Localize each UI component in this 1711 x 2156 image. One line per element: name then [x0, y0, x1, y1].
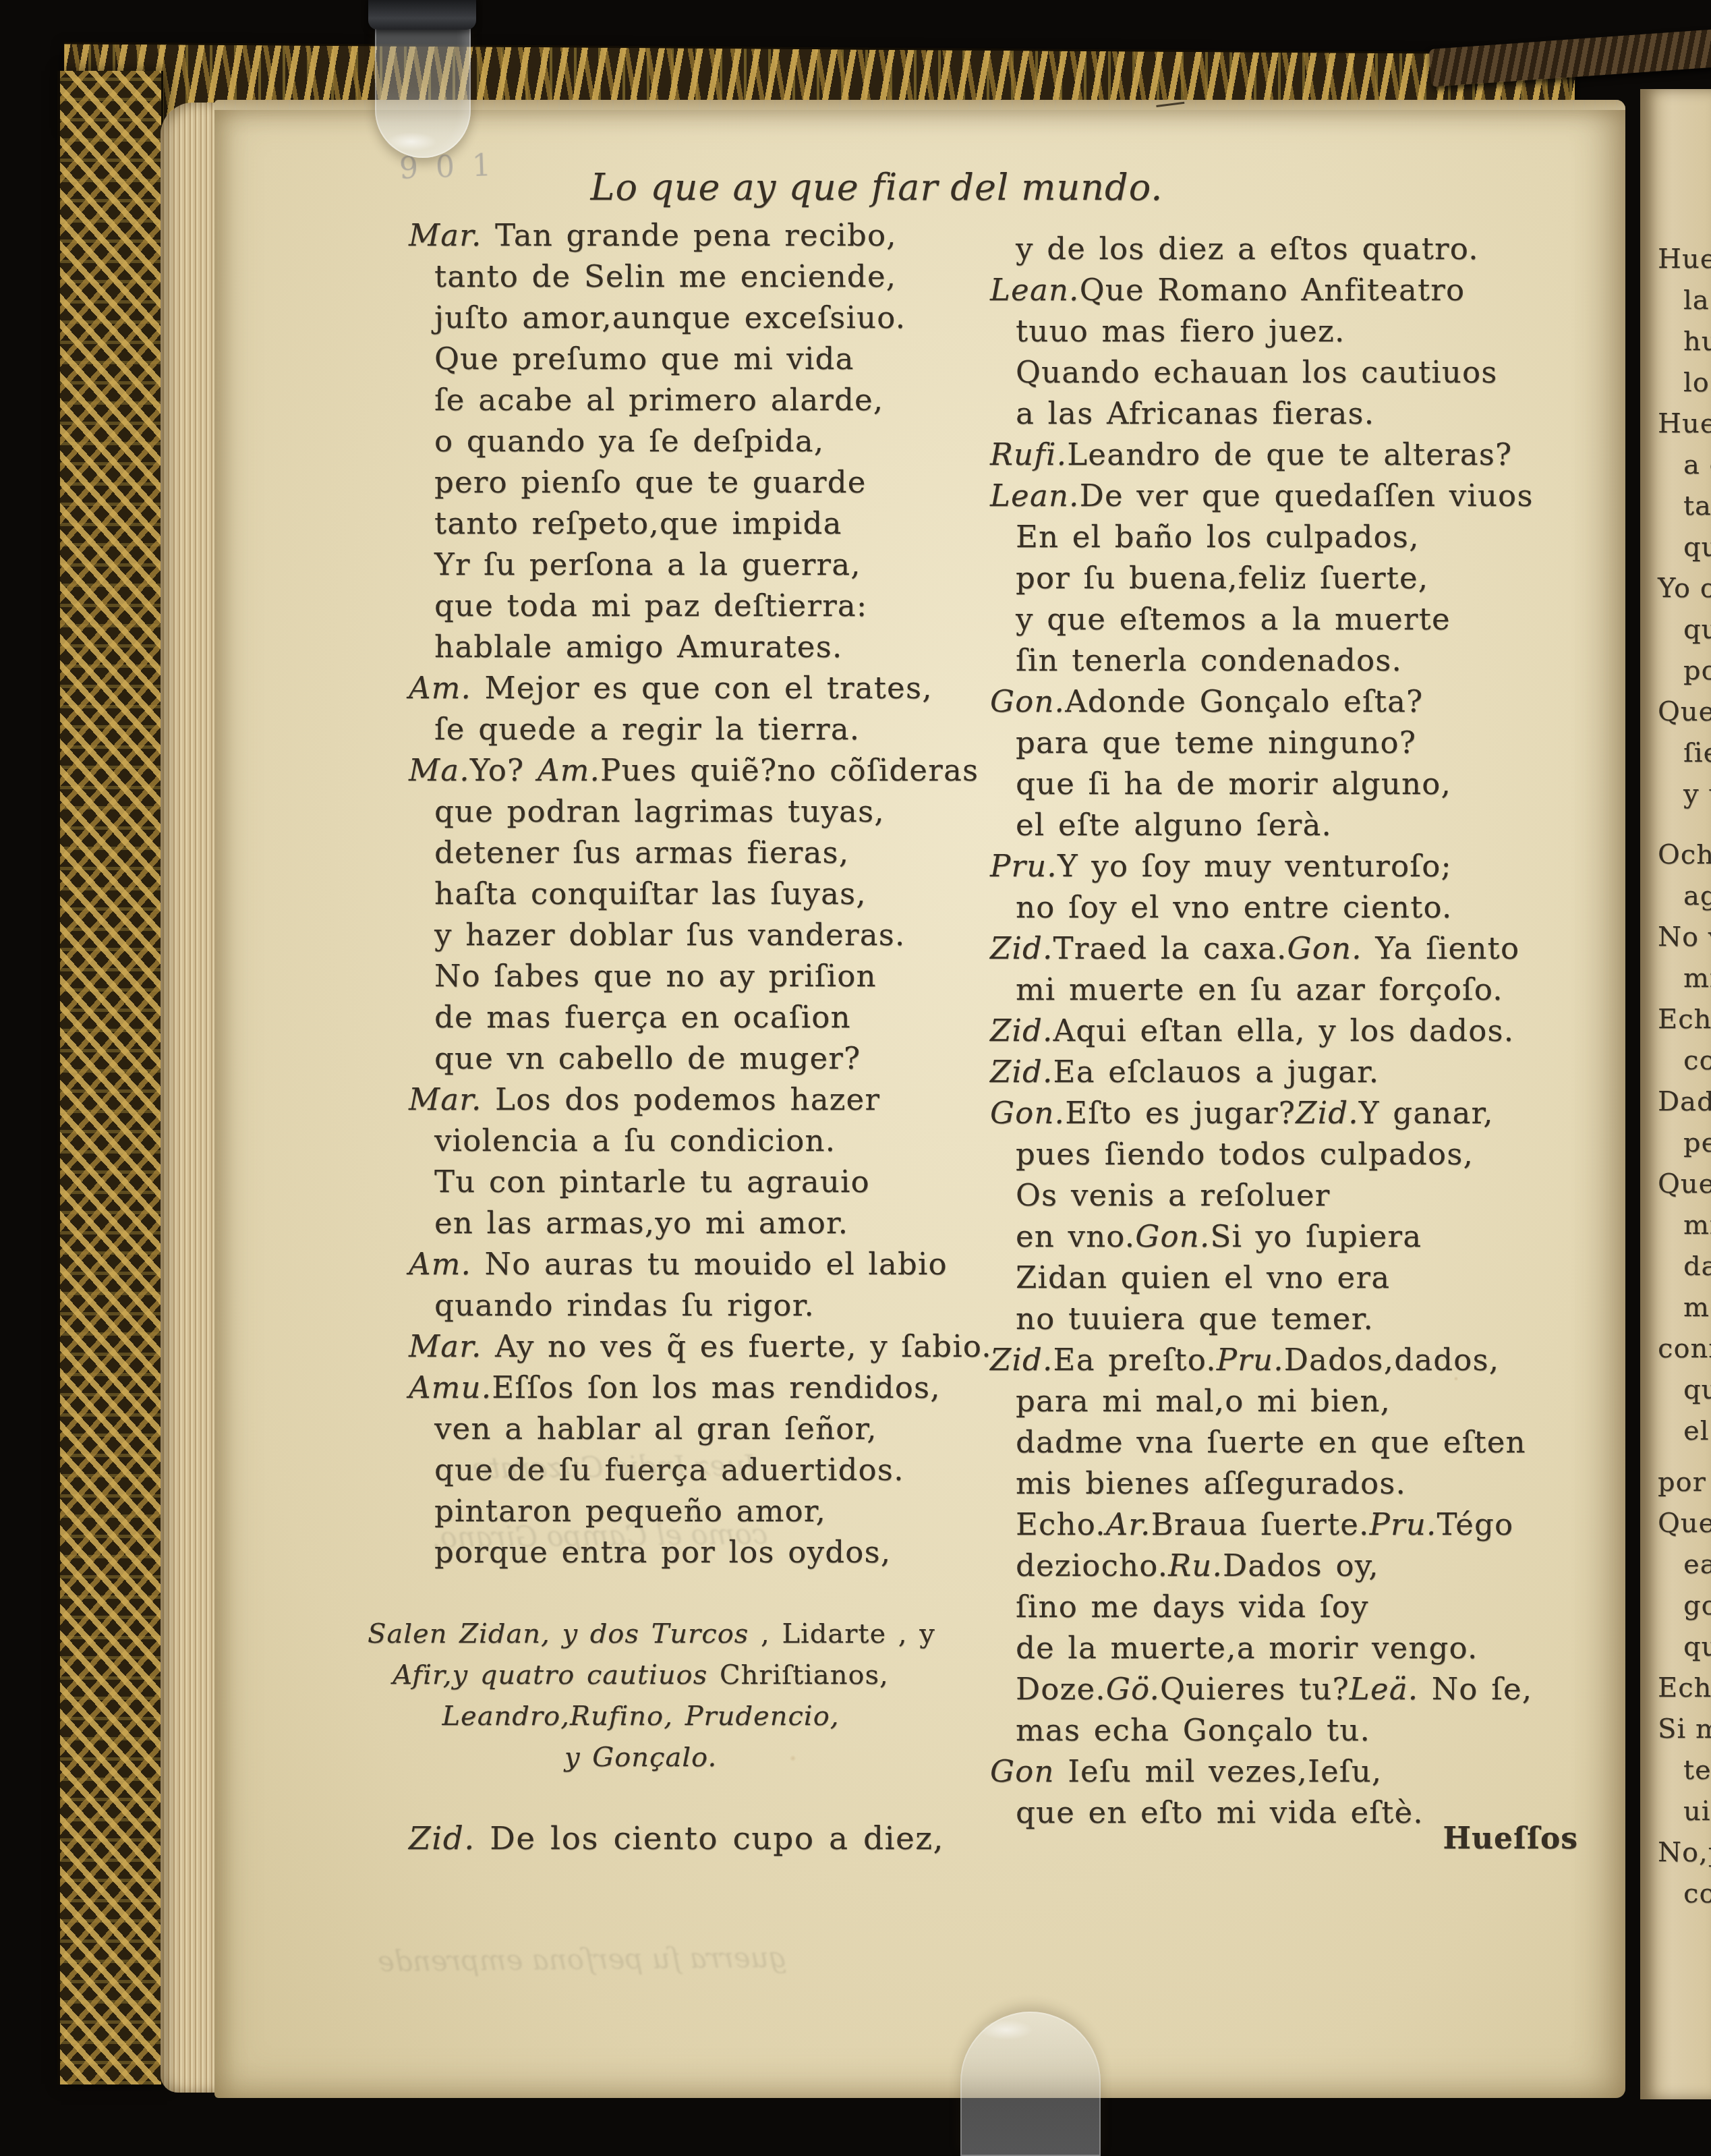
ink-dash: — [1153, 82, 1188, 121]
verse-text: permitid que [1683, 1127, 1711, 1158]
text-line: tanto reſpeto,que impida [409, 503, 941, 544]
speaker-abbreviation: Zid. [990, 1342, 1053, 1378]
speaker-abbreviation: Pru. [1370, 1506, 1437, 1542]
verse-text: Zidan quien el vno era [1016, 1259, 1390, 1295]
text-line: Que preſumo que mi vida [409, 338, 941, 379]
text-line: por eſta luz d [1658, 1462, 1711, 1503]
verse-text: con lo que dix [1683, 1878, 1711, 1909]
text-line: Pru.Y yo ſoy muy venturoſo; [990, 845, 1584, 886]
speaker-abbreviation: Gon. [990, 1095, 1065, 1131]
verse-text: te dixera que e [1683, 1755, 1711, 1786]
verse-text: Tan grande pena recibo, [482, 217, 897, 253]
verse-text: go forçoſa tu [1683, 1590, 1711, 1621]
text-line: y Gonçalo. [368, 1737, 914, 1778]
verse-text: En el baño los culpados, [1016, 519, 1420, 555]
plastic-strap-top [375, 0, 471, 158]
text-line: Leandro,Rufino, Prudencio, [368, 1696, 914, 1737]
verse-text: Doze. [1016, 1671, 1106, 1707]
text-line: no tuuiera que temer. [990, 1298, 1584, 1339]
text-line: Hueſſ [1658, 403, 1711, 445]
verse-text: Ea eſclauos a jugar. [1053, 1054, 1380, 1089]
verse-text: conozco mi f [1683, 1045, 1711, 1076]
verse-text: no tuuiera que temer. [1016, 1301, 1374, 1336]
text-line: con lo que dix [1658, 1873, 1711, 1914]
verse-text: deziocho. [1016, 1548, 1168, 1583]
text-line: Gon.Eſto es jugar?Zid.Y ganar, [990, 1092, 1584, 1133]
speaker-abbreviation: Mar. [409, 217, 482, 253]
text-line: Lean.Que Romano Anfiteatro [990, 269, 1584, 310]
verse-text: para mi mal,o mi bien, [1016, 1383, 1391, 1419]
text-line: quando rindas ſu rigor. [409, 1284, 941, 1326]
text-line: Gon.Adonde Gonçalo eſta? [990, 681, 1584, 722]
text-line: ſino me days vida ſoy [990, 1586, 1584, 1627]
verse-text: Y yo ſoy muy venturoſo; [1057, 848, 1452, 884]
text-line: tanto de Selin me enciende, [409, 256, 941, 297]
next-page-sliver: Hueſſla cahuelos Hueſſa detan queYo oſqu… [1640, 89, 1711, 2099]
verse-text: o quando ya ſe deſpida, [434, 423, 824, 459]
speaker-abbreviation: Gon. [990, 683, 1065, 719]
verse-text: la ca [1683, 285, 1711, 316]
verse-text: Leandro de que te alteras? [1067, 436, 1512, 472]
text-line: o quando ya ſe deſpida, [409, 420, 941, 461]
verse-text: De los ciento cupo a diez, [475, 1820, 944, 1857]
text-line: el eſte alguno ſerà. [990, 804, 1584, 845]
verse-text: Dados,dados, [1284, 1342, 1500, 1378]
verse-text: Os venis a reſoluer [1016, 1177, 1330, 1213]
verse-text: a las Africanas fieras. [1016, 395, 1374, 431]
speaker-abbreviation: Lean. [990, 478, 1080, 513]
text-line: Mar. Ay no ves q̃ es fuerte, y ſabio. [409, 1326, 941, 1367]
speaker-abbreviation: Pru. [990, 848, 1057, 884]
verse-text: Si me quiſier [1658, 1713, 1711, 1744]
verse-text: Mejor es que con el trates, [471, 670, 933, 706]
speaker-abbreviation: Ma. [409, 752, 470, 788]
verse-text: No ves Gonç [1658, 921, 1711, 953]
speaker-abbreviation: Ar. [1106, 1506, 1151, 1542]
verse-text: Tégo [1437, 1506, 1513, 1542]
text-line: detener ſus armas fieras, [409, 832, 941, 873]
verse-text: Yr ſu perſona a la guerra, [434, 546, 861, 582]
strap-clip [368, 0, 476, 30]
verse-text: ea echando m [1683, 1549, 1711, 1580]
verse-text: Echaras diez, [1658, 1004, 1711, 1035]
text-line: Echo.Ar.Braua ſuerte.Pru.Tégo [990, 1504, 1584, 1545]
verse-text: por [1683, 655, 1711, 686]
verse-text: dados,nada me a [1683, 1251, 1711, 1282]
text-line: Zid.Ea preſto.Pru.Dados,dados, [990, 1339, 1584, 1380]
verse-text: hue [1683, 326, 1711, 357]
text-line: Echaras diez, [1658, 999, 1711, 1040]
text-line: ſe acabe al primero alarde, [409, 379, 941, 420]
verse-text: confieſſote E [1658, 1333, 1711, 1364]
verse-text: por eſta luz d [1658, 1467, 1711, 1498]
speaker-abbreviation: Afir,y quatro cautiuos [393, 1659, 720, 1691]
verse-text: Yo? [470, 752, 538, 788]
verse-text: Que Romano Anfiteatro [1080, 272, 1466, 308]
verse-text: que me peſa de [1683, 1374, 1711, 1405]
verse-text: Aqui eſtan ella, y los dados. [1053, 1013, 1515, 1048]
text-line: Yo oſ [1658, 568, 1711, 609]
sliver-text-block: Ocho.Gon.Cuagora el muNo ves Gonçmis deſ… [1658, 834, 1711, 1452]
text-line: Zid. De los ciento cupo a diez, [409, 1817, 1016, 1861]
text-line: Salen Zidan, y dos Turcos , Lidarte , y [368, 1614, 914, 1655]
text-line: hue [1658, 321, 1711, 362]
text-line: que de ſu fuerça aduertidos. [409, 1449, 941, 1490]
verse-text: de la muerte,a morir vengo. [1016, 1630, 1478, 1666]
verse-text: y de los diez a eſtos quatro. [1016, 231, 1479, 266]
verse-text: uiera por me [1683, 1796, 1711, 1827]
verse-text: que ſi ha de morir alguno, [1016, 766, 1451, 801]
verse-text: dadme vna ſuerte en que eſten [1016, 1424, 1526, 1460]
speaker-abbreviation: Zid. [990, 1013, 1053, 1048]
speaker-abbreviation: y Gonçalo. [564, 1742, 717, 1773]
verse-text: ven a hablar al gran ſeñor, [434, 1411, 877, 1446]
speaker-abbreviation: Zid. [409, 1820, 475, 1857]
text-line: Si me quiſier [1658, 1709, 1711, 1750]
text-line: porque entra por los oydos, [409, 1531, 941, 1572]
text-line: tuuo mas fiero juez. [990, 310, 1584, 351]
verse-text: pintaron pequeño amor, [434, 1493, 826, 1529]
text-line: Zid.Traed la caxa.Gon. Ya ſiento [990, 928, 1584, 969]
text-line: mi muerte en ſu azar forçoſo. [990, 969, 1584, 1010]
text-line: pintaron pequeño amor, [409, 1490, 941, 1531]
verse-text: mis deſdicha [1683, 963, 1711, 994]
verse-text: Ocho. [1658, 839, 1711, 870]
verse-text: que de ſu fuerça aduertidos. [434, 1452, 904, 1487]
verse-text: agora el mu [1683, 880, 1711, 911]
verse-text: Yo oſ [1658, 573, 1711, 604]
speaker-abbreviation: Gö. [1106, 1671, 1160, 1707]
verse-text: , Lidarte , y [749, 1618, 935, 1649]
verse-text: Traed la caxa. [1053, 930, 1287, 966]
text-line: Dados,ſi yo t [1658, 1081, 1711, 1123]
text-line: Afir,y quatro cautiuos Chriſtianos, [368, 1655, 914, 1696]
text-line: Que la [1658, 691, 1711, 733]
text-line: mis bienes aſſegurados. [990, 1463, 1584, 1504]
plastic-strap-bottom [960, 2012, 1101, 2156]
text-line: que ſi ha de morir alguno, [990, 763, 1584, 804]
text-line: ven a hablar al gran ſeñor, [409, 1408, 941, 1449]
verse-text: No ſabes que no ay priſion [434, 958, 877, 994]
text-line: los [1658, 362, 1711, 403]
verse-text: tanto reſpeto,que impida [434, 505, 842, 541]
speaker-abbreviation: Pru. [1217, 1342, 1284, 1378]
verse-text: Hueſſ [1658, 408, 1711, 439]
text-line: dados,nada me a [1658, 1246, 1711, 1287]
verse-text: porque entra por los oydos, [434, 1534, 891, 1570]
verse-text: Que amor cobr [1658, 1508, 1711, 1539]
text-line: Doze.Gö.Quieres tu?Leä. No ſe, [990, 1668, 1584, 1709]
text-line: pero pienſo que te guarde [409, 461, 941, 503]
verse-text: De ver que quedaſſen viuos [1080, 478, 1534, 513]
text-line: Yr ſu perſona a la guerra, [409, 544, 941, 585]
text-line: mas echa Gonçalo tu. [990, 1709, 1584, 1751]
text-line: Zid.Aqui eſtan ella, y los dados. [990, 1010, 1584, 1051]
text-line: de mas fuerça en ocaſion [409, 996, 941, 1038]
speaker-abbreviation: Gon. [1135, 1218, 1210, 1254]
verse-text: en vno. [1016, 1218, 1135, 1254]
speaker-abbreviation: Gon. [1287, 930, 1362, 966]
verse-text: Que la [1658, 696, 1711, 727]
text-line: uiera por me [1658, 1791, 1711, 1832]
text-line: te dixera que e [1658, 1750, 1711, 1791]
verse-text: Dados,ſi yo t [1658, 1086, 1711, 1117]
verse-text: detener ſus armas fieras, [434, 834, 849, 870]
text-line: que [1658, 527, 1711, 568]
verse-text: hablale amigo Amurates. [434, 629, 842, 664]
sliver-text-block: por eſta luz dQue amor cobrea echando mg… [1658, 1462, 1711, 1914]
speaker-abbreviation: Zid. [990, 1054, 1053, 1089]
verse-text: mas echa Gonçalo tu. [1016, 1712, 1370, 1748]
verse-text: no ſoy el vno entre ciento. [1016, 889, 1452, 925]
verse-text: Braua ſuerte. [1151, 1506, 1370, 1542]
speaker-abbreviation: Am. [538, 752, 600, 788]
text-line: en vno.Gon.Si yo ſupiera [990, 1216, 1584, 1257]
verse-text: Echo. [1016, 1506, 1106, 1542]
text-line: que eſtimo com [1658, 1626, 1711, 1668]
text-line: me ha de co [1658, 1287, 1711, 1328]
gilt-spine-edge [57, 71, 163, 2084]
text-line: pues ſiendo todos culpados, [990, 1133, 1584, 1174]
text-line: Tu con pintarle tu agrauio [409, 1161, 941, 1202]
verse-text: ſien [1683, 737, 1711, 768]
text-line: y hazer doblar ſus vanderas. [409, 914, 941, 955]
text-line: la ca [1658, 280, 1711, 321]
text-line: y de los diez a eſtos quatro. [990, 228, 1584, 269]
text-line: haſta conquiſtar las ſuyas, [409, 873, 941, 914]
text-line: tan [1658, 486, 1711, 527]
verse-text: tuuo mas fiero juez. [1016, 313, 1345, 349]
verse-text: No,porque m [1658, 1837, 1711, 1868]
verse-text: los [1683, 367, 1711, 398]
speaker-abbreviation: Am. [409, 670, 471, 706]
text-line: Zid.Ea eſclauos a jugar. [990, 1051, 1584, 1092]
verse-text: violencia a ſu condicion. [434, 1123, 836, 1158]
ghost-show-through: guerra ſu perſona emprende [378, 1941, 787, 1978]
verse-text: a de [1683, 449, 1711, 480]
verse-text: y que eſtemos a la muerte [1016, 601, 1451, 637]
text-line: de la muerte,a morir vengo. [990, 1627, 1584, 1668]
verse-text: tanto de Selin me enciende, [434, 258, 896, 294]
verse-text: y to [1683, 778, 1711, 810]
text-line: que [1658, 609, 1711, 650]
text-line: En el baño los culpados, [990, 516, 1584, 557]
verse-text: Ya ſiento [1362, 930, 1520, 966]
verse-text: Ea preſto. [1053, 1342, 1217, 1378]
text-line: No ſabes que no ay priſion [409, 955, 941, 996]
text-line: Ma.Yo? Am.Pues quiẽ?no cõſideras [409, 749, 941, 791]
speaker-abbreviation: Amu. [409, 1369, 492, 1405]
verse-text: ſin tenerla condenados. [1016, 642, 1402, 678]
text-line: Zidan quien el vno era [990, 1257, 1584, 1298]
stage-direction: Salen Zidan, y dos Turcos , Lidarte , yA… [368, 1614, 914, 1778]
verse-text: Pues quiẽ?no cõſideras [600, 752, 979, 788]
text-line: permitid que [1658, 1123, 1711, 1164]
verse-text: pues ſiendo todos culpados, [1016, 1136, 1474, 1172]
text-line: Que amor cobr [1658, 1503, 1711, 1544]
text-line: hablale amigo Amurates. [409, 626, 941, 667]
text-line: Echo.Zid.tres. [1658, 1668, 1711, 1709]
text-line: No ves Gonç [1658, 917, 1711, 958]
verse-text: quando rindas ſu rigor. [434, 1287, 815, 1323]
text-line: ſien [1658, 733, 1711, 774]
text-line: Rufi.Leandro de que te alteras? [990, 434, 1584, 475]
text-line: Mar. Tan grande pena recibo, [409, 215, 941, 256]
verse-text: el que men [1683, 1415, 1711, 1446]
text-line: Lean.De ver que quedaſſen viuos [990, 475, 1584, 516]
text-line: en las armas,yo mi amor. [409, 1202, 941, 1243]
text-line: a las Africanas fieras. [990, 393, 1584, 434]
speaker-abbreviation: Leä. [1350, 1671, 1418, 1707]
verse-text: Hueſſ [1658, 244, 1711, 275]
text-line: agora el mu [1658, 876, 1711, 917]
verse-text: Dados oy, [1223, 1548, 1379, 1583]
text-line: juſto amor,aunque exceſsiuo. [409, 297, 941, 338]
verse-text: y hazer doblar ſus vanderas. [434, 917, 905, 953]
verse-text: juſto amor,aunque exceſsiuo. [434, 300, 906, 335]
verse-text: el eſte alguno ſerà. [1016, 807, 1332, 843]
verse-text: haſta conquiſtar las ſuyas, [434, 876, 867, 911]
text-line: Mar. Los dos podemos hazer [409, 1079, 941, 1120]
verse-text: que vn cabello de muger? [434, 1040, 861, 1076]
speaker-abbreviation: Zid. [990, 930, 1053, 966]
text-line: Am. Mejor es que con el trates, [409, 667, 941, 708]
speaker-abbreviation: Rufi. [990, 436, 1067, 472]
text-line: No,porque m [1658, 1832, 1711, 1873]
verse-text: que toda mi paz deſtierra: [434, 588, 867, 623]
verse-text: ſe acabe al primero alarde, [434, 382, 883, 418]
text-line: confieſſote E [1658, 1328, 1711, 1369]
text-line: por [1658, 650, 1711, 691]
verse-text: Si yo ſupiera [1210, 1218, 1422, 1254]
verse-text: mi muerte en ſu azar forçoſo. [1016, 971, 1503, 1007]
verse-text: Echo. [1658, 1672, 1711, 1703]
text-line: Gon Ieſu mil vezes,Ieſu, [990, 1751, 1584, 1792]
running-header: Lo que ay que fiar del mundo. [567, 166, 1187, 208]
text-line: mis deſdicha [1658, 958, 1711, 999]
speaker-abbreviation: Gon [990, 1753, 1055, 1789]
text-line: y que eſtemos a la muerte [990, 598, 1584, 640]
text-line: que toda mi paz deſtierra: [409, 585, 941, 626]
sliver-text-block: Hueſſla cahuelos Hueſſa detan queYo oſqu… [1658, 239, 1711, 815]
verse-text: Tu con pintarle tu agrauio [434, 1164, 870, 1199]
verse-text: para que teme ninguno? [1016, 725, 1416, 760]
verse-text: Eſto es jugar? [1065, 1095, 1296, 1131]
text-line: y to [1658, 774, 1711, 815]
text-line: Am. No auras tu mouido el labio [409, 1243, 941, 1284]
text-line: go forçoſa tu [1658, 1585, 1711, 1626]
speaker-abbreviation: Lean. [990, 272, 1080, 308]
verse-text: Quieres tu? [1160, 1671, 1350, 1707]
text-line: deziocho.Ru.Dados oy, [990, 1545, 1584, 1586]
catchword: Hueſſos [1315, 1821, 1578, 1856]
closing-line: Zid. De los ciento cupo a diez, [409, 1817, 1016, 1861]
text-line: por ſu buena,feliz ſuerte, [990, 557, 1584, 598]
text-line: mi vida,aunque [1658, 1205, 1711, 1246]
text-line: para mi mal,o mi bien, [990, 1380, 1584, 1421]
speaker-abbreviation: Mar. [409, 1328, 482, 1364]
speaker-abbreviation: Ru. [1168, 1548, 1223, 1583]
text-line: que vn cabello de muger? [409, 1038, 941, 1079]
verse-text: ſino me days vida ſoy [1016, 1589, 1369, 1624]
verse-text: Quando echauan los cautiuos [1016, 354, 1498, 390]
verse-text: Chriſtianos, [720, 1659, 889, 1691]
text-line: el que men [1658, 1411, 1711, 1452]
verse-text: mi vida,aunque [1683, 1210, 1711, 1241]
speaker-abbreviation: Mar. [409, 1081, 482, 1117]
speaker-abbreviation: Leandro,Rufino, Prudencio, [442, 1701, 840, 1732]
verse-text: de mas fuerça en ocaſion [434, 999, 851, 1035]
verse-text: Ieſu mil vezes,Ieſu, [1055, 1753, 1383, 1789]
speaker-abbreviation: Am. [409, 1246, 471, 1282]
verse-text: me ha de co [1683, 1292, 1711, 1323]
verse-text: ſe quede a regir la tierra. [434, 711, 860, 747]
verse-text: Eſſos ſon los mas rendidos, [492, 1369, 940, 1405]
text-line: para que teme ninguno? [990, 722, 1584, 763]
verse-text: que eſtimo com [1683, 1631, 1711, 1662]
text-line: dadme vna ſuerte en que eſten [990, 1421, 1584, 1463]
text-line: que podran lagrimas tuyas, [409, 791, 941, 832]
verse-text: pero pienſo que te guarde [434, 464, 867, 500]
verse-text: No ſe, [1418, 1671, 1532, 1707]
text-line: no ſoy el vno entre ciento. [990, 886, 1584, 928]
verse-text: tan [1683, 490, 1711, 521]
verse-text: Ay no ves q̃ es fuerte, y ſabio. [482, 1328, 992, 1364]
text-line: Que ſi days ſuer [1658, 1164, 1711, 1205]
text-line: violencia a ſu condicion. [409, 1120, 941, 1161]
verse-text: Adonde Gonçalo eſta? [1065, 683, 1423, 719]
verse-text: Que preſumo que mi vida [434, 341, 854, 376]
text-line: ea echando m [1658, 1544, 1711, 1585]
text-line: Hueſſ [1658, 239, 1711, 280]
verse-text: Y ganar, [1359, 1095, 1494, 1131]
verse-text: que [1683, 614, 1711, 645]
text-line: que me peſa de [1658, 1369, 1711, 1411]
text-line: Quando echauan los cautiuos [990, 351, 1584, 393]
text-line: a de [1658, 445, 1711, 486]
text-line: Os venis a reſoluer [990, 1174, 1584, 1216]
verse-text: que podran lagrimas tuyas, [434, 793, 885, 829]
speaker-abbreviation: Salen Zidan, y dos Turcos [368, 1618, 749, 1649]
verse-text: Que ſi days ſuer [1658, 1168, 1711, 1199]
text-line: Ocho.Gon.Cu [1658, 834, 1711, 876]
left-column: Mar. Tan grande pena recibo,tanto de Sel… [409, 215, 941, 1572]
verse-text: mis bienes aſſegurados. [1016, 1465, 1406, 1501]
verse-text: Los dos podemos hazer [482, 1081, 881, 1117]
photo-backdrop: Hueſſla cahuelos Hueſſa detan queYo oſqu… [0, 0, 1711, 2156]
verse-text: que [1683, 532, 1711, 563]
text-line: Amu.Eſſos ſon los mas rendidos, [409, 1367, 941, 1408]
text-line: ſin tenerla condenados. [990, 640, 1584, 681]
text-line: conozco mi f [1658, 1040, 1711, 1081]
fore-edge-page-stack [161, 103, 219, 2093]
verse-text: No auras tu mouido el labio [471, 1246, 948, 1282]
speaker-abbreviation: Zid. [1296, 1095, 1359, 1131]
verse-text: en las armas,yo mi amor. [434, 1205, 848, 1241]
right-column: y de los diez a eſtos quatro.Lean.Que Ro… [990, 228, 1584, 1833]
verse-text: por ſu buena,feliz ſuerte, [1016, 560, 1428, 596]
text-line: ſe quede a regir la tierra. [409, 708, 941, 749]
